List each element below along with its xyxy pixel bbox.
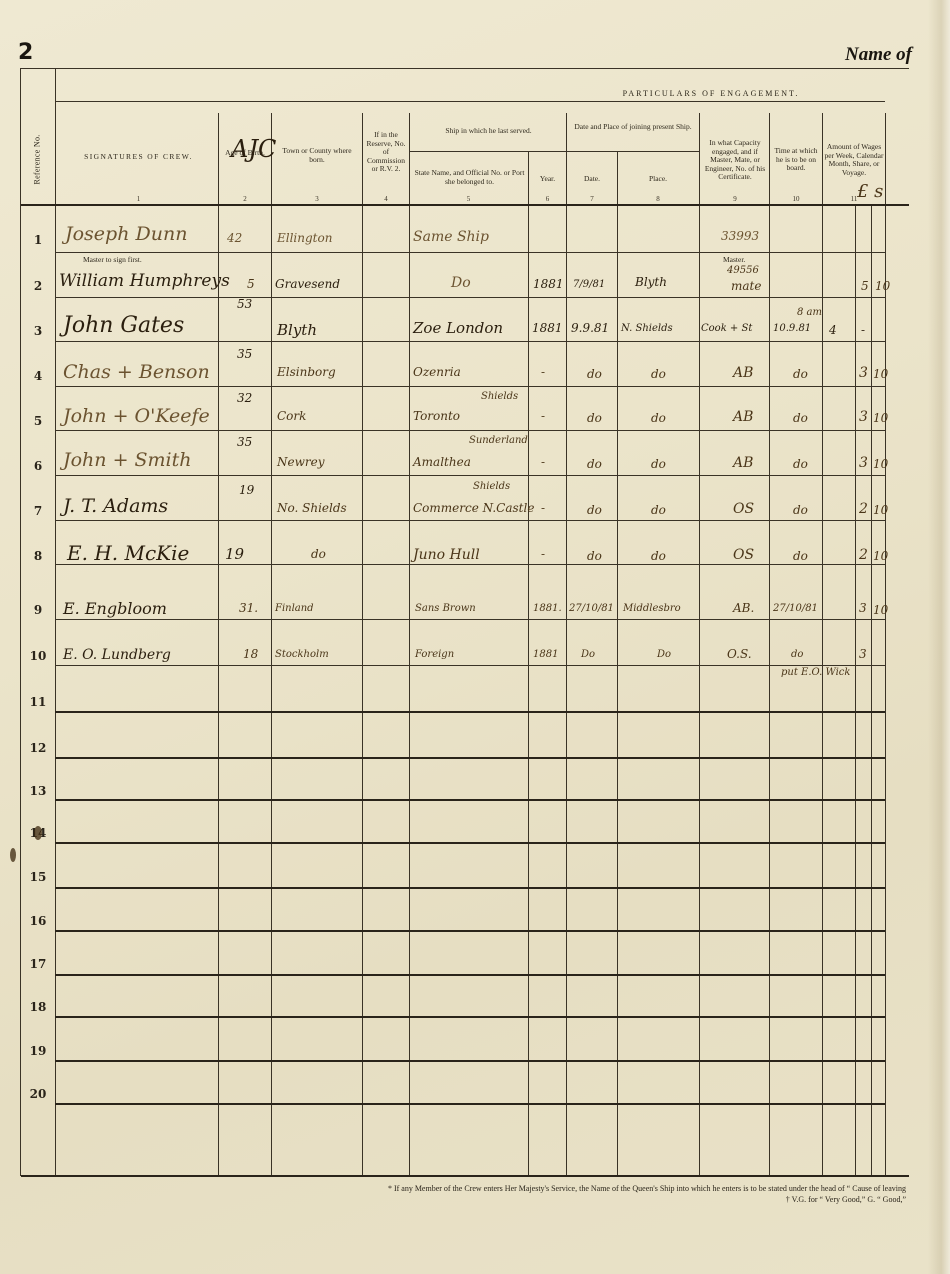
crew-join-place: do — [651, 411, 666, 425]
row-ref: 17 — [21, 957, 55, 971]
capacity-header: In what Capacity engaged, and if Master,… — [702, 139, 768, 182]
age-header-annotation: AJC — [231, 135, 276, 163]
crew-town: Ellington — [277, 231, 332, 245]
crew-town: Blyth — [277, 321, 317, 339]
page-title-fragment: Name of — [845, 44, 912, 66]
crew-town: Finland — [275, 603, 314, 614]
ship-name-header: State Name, and Official No. or Port she… — [413, 169, 526, 186]
time-header: Time at which he is to be on board. — [771, 147, 821, 173]
crew-last-ship: Same Ship — [413, 229, 489, 245]
capacity-certificate: 49556 — [727, 265, 759, 276]
footnote-line-2: † V.G. for “ Very Good,” G. “ Good,” — [206, 1194, 906, 1205]
particulars-heading: PARTICULARS OF ENGAGEMENT. — [581, 89, 841, 98]
crew-age: 31. — [239, 601, 258, 615]
crew-age: 42 — [227, 231, 242, 245]
date-header: Date. — [569, 175, 615, 184]
crew-signature: J. T. Adams — [63, 495, 168, 517]
crew-last-ship: Zoe London — [413, 319, 503, 337]
crew-join-date: do — [587, 503, 602, 517]
crew-town: Cork — [277, 409, 306, 423]
crew-town: do — [311, 547, 326, 561]
row-ref: 18 — [21, 1000, 55, 1014]
col-number: 4 — [364, 195, 408, 203]
crew-age: 32 — [237, 391, 252, 405]
crew-signature: John + Smith — [63, 449, 192, 471]
wages-pounds: 2 — [859, 547, 868, 563]
row-ref: 20 — [21, 1087, 55, 1101]
ship-note: Sunderland — [469, 435, 528, 446]
crew-signature: William Humphreys — [59, 271, 230, 291]
crew-time-on-board: do — [793, 457, 808, 471]
crew-join-place: Blyth — [635, 275, 667, 289]
wages-pounds: 2 — [859, 501, 868, 517]
col-number: 7 — [569, 195, 615, 203]
row-ref: 16 — [21, 914, 55, 928]
crew-time-on-board: do — [793, 549, 808, 563]
row-ref: 12 — [21, 741, 55, 755]
crew-town: Stockholm — [275, 649, 329, 660]
crew-time-on-board: do — [793, 367, 808, 381]
page-edge — [928, 0, 950, 1274]
crew-age: 19 — [239, 483, 254, 497]
col-number: 5 — [411, 195, 526, 203]
crew-last-ship: Toronto — [413, 409, 460, 423]
crew-capacity: AB. — [733, 601, 754, 615]
time-note: 8 am — [797, 307, 822, 318]
crew-signature: John Gates — [63, 313, 184, 338]
place-header: Place. — [619, 175, 697, 184]
row-ref: 2 — [21, 279, 55, 293]
last-ship-header: Ship in which he last served. — [411, 127, 566, 136]
crew-time-on-board: do — [791, 649, 803, 660]
crew-capacity: OS — [733, 501, 754, 517]
row-ref: 11 — [21, 695, 55, 709]
crew-town: Elsinborg — [277, 365, 336, 379]
crew-agreement-form: Reference No. PARTICULARS OF ENGAGEMENT.… — [20, 68, 909, 1176]
row-ref: 6 — [21, 459, 55, 473]
crew-last-ship: Foreign — [415, 649, 454, 660]
crew-town: Newrey — [277, 455, 325, 469]
crew-last-ship: Amalthea — [413, 455, 471, 469]
row-ref: 3 — [21, 324, 55, 338]
wages-pounds: 3 — [859, 409, 868, 425]
master-label: Master. — [723, 255, 745, 264]
wages-shillings: 10 — [873, 411, 888, 425]
crew-time-on-board: 27/10/81 — [773, 603, 818, 614]
row-ref: 15 — [21, 870, 55, 884]
row-ref: 1 — [21, 233, 55, 247]
ink-stain — [10, 848, 16, 862]
wages-shillings: 10 — [873, 549, 888, 563]
wages-header: Amount of Wages per Week, Calendar Month… — [824, 143, 884, 177]
crew-join-place: Do — [657, 649, 671, 660]
wages-pounds: 3 — [859, 365, 868, 381]
col-number: 10 — [771, 195, 821, 203]
crew-signature: Joseph Dunn — [65, 223, 187, 245]
crew-year: 1881 — [533, 649, 558, 660]
row-ref: 9 — [21, 603, 55, 617]
crew-signature: E. Engbloom — [63, 599, 167, 618]
crew-join-date: Do — [581, 649, 595, 660]
wages-pounds: 5 — [861, 279, 869, 293]
crew-last-ship: Sans Brown — [415, 603, 476, 614]
col-number: 8 — [619, 195, 697, 203]
wages-shillings: 10 — [873, 503, 888, 517]
crew-join-date: do — [587, 367, 602, 381]
crew-year: 1881. — [533, 603, 562, 614]
crew-signature: E. O. Lundberg — [63, 647, 171, 663]
crew-signature: John + O'Keefe — [63, 405, 210, 427]
joining-header: Date and Place of joining present Ship. — [569, 123, 697, 132]
wages-pounds: 3 — [859, 601, 867, 615]
crew-capacity: AB — [733, 365, 753, 381]
row-ref: 10 — [21, 649, 55, 663]
footnote-line-1: * If any Member of the Crew enters Her M… — [206, 1183, 906, 1194]
ship-note: Shields — [473, 481, 510, 492]
crew-capacity: AB — [733, 409, 753, 425]
crew-age: 35 — [237, 435, 252, 449]
col-number: 11 — [824, 195, 884, 203]
crew-year: - — [541, 365, 545, 379]
row-ref: 4 — [21, 369, 55, 383]
crew-capacity: mate — [731, 279, 761, 293]
master-note: Master to sign first. — [83, 255, 142, 264]
footnote: * If any Member of the Crew enters Her M… — [206, 1183, 906, 1205]
crew-year: - — [541, 501, 545, 515]
crew-age: 53 — [237, 297, 252, 311]
crew-join-date: 7/9/81 — [573, 279, 605, 290]
crew-join-place: do — [651, 457, 666, 471]
crew-age: 19 — [225, 545, 244, 563]
crew-capacity: OS — [733, 547, 754, 563]
crew-year: - — [541, 409, 545, 423]
crew-last-ship: Juno Hull — [413, 547, 480, 563]
row-ref: 5 — [21, 414, 55, 428]
crew-age: 35 — [237, 347, 252, 361]
reserve-header: If in the Reserve, No. of Commission or … — [364, 131, 408, 174]
wages-pounds: 3 — [859, 647, 867, 661]
page-number: 2 — [18, 40, 33, 65]
crew-town: Gravesend — [275, 277, 340, 291]
crew-time-on-board: do — [793, 503, 808, 517]
crew-signature: Chas + Benson — [63, 361, 210, 383]
crew-join-place: do — [651, 367, 666, 381]
col-number: 9 — [702, 195, 768, 203]
year-header: Year. — [530, 175, 565, 184]
crew-time-on-board: do — [793, 411, 808, 425]
crew-join-place: Middlesbro — [623, 603, 681, 614]
crew-year: - — [541, 547, 545, 561]
col-number: 1 — [61, 195, 216, 203]
crew-year: - — [541, 455, 545, 469]
ink-stain — [34, 826, 42, 840]
crew-join-place: do — [651, 549, 666, 563]
wages-shillings: - — [861, 323, 865, 337]
crew-year: 1881 — [533, 277, 564, 291]
town-header: Town or County where born. — [274, 147, 360, 164]
crew-time-on-board: 10.9.81 — [773, 323, 811, 334]
crew-year: 1881 — [532, 321, 563, 335]
crew-join-date: do — [587, 457, 602, 471]
crew-join-date: do — [587, 549, 602, 563]
wages-pounds: 4 — [829, 323, 837, 337]
crew-age: 18 — [243, 647, 258, 661]
wages-shillings: 10 — [873, 603, 888, 617]
wages-pounds: 3 — [859, 455, 868, 471]
crew-town: No. Shields — [277, 501, 347, 515]
crew-last-ship: Commerce N.Castle — [413, 501, 534, 515]
ship-note: Shields — [481, 391, 518, 402]
crew-capacity: Cook + St — [701, 323, 752, 334]
crew-last-ship: Do — [451, 275, 471, 291]
row-ref: 7 — [21, 504, 55, 518]
row-ref: 19 — [21, 1044, 55, 1058]
col-number: 2 — [221, 195, 269, 203]
wages-shillings: 10 — [873, 367, 888, 381]
col-number: 3 — [274, 195, 360, 203]
crew-join-place: do — [651, 503, 666, 517]
crew-join-date: 9.9.81 — [571, 321, 609, 335]
row-ref: 8 — [21, 549, 55, 563]
crew-capacity: AB — [733, 455, 753, 471]
crew-join-date: 27/10/81 — [569, 603, 614, 614]
reference-no-header: Reference No. — [23, 109, 51, 209]
wages-shillings: 10 — [875, 279, 890, 293]
col-number: 6 — [530, 195, 565, 203]
crew-signature: E. H. McKie — [67, 541, 189, 565]
crew-join-place: N. Shields — [621, 323, 673, 334]
row10-annotation: put E.O. Wick — [781, 667, 850, 678]
crew-join-date: do — [587, 411, 602, 425]
crew-capacity: O.S. — [727, 647, 752, 661]
crew-capacity: 33993 — [721, 229, 759, 243]
crew-age: 5 — [247, 277, 255, 291]
row-ref: 13 — [21, 784, 55, 798]
wages-shillings: 10 — [873, 457, 888, 471]
crew-last-ship: Ozenria — [413, 365, 461, 379]
signatures-header: SIGNATURES OF CREW. — [61, 153, 216, 162]
